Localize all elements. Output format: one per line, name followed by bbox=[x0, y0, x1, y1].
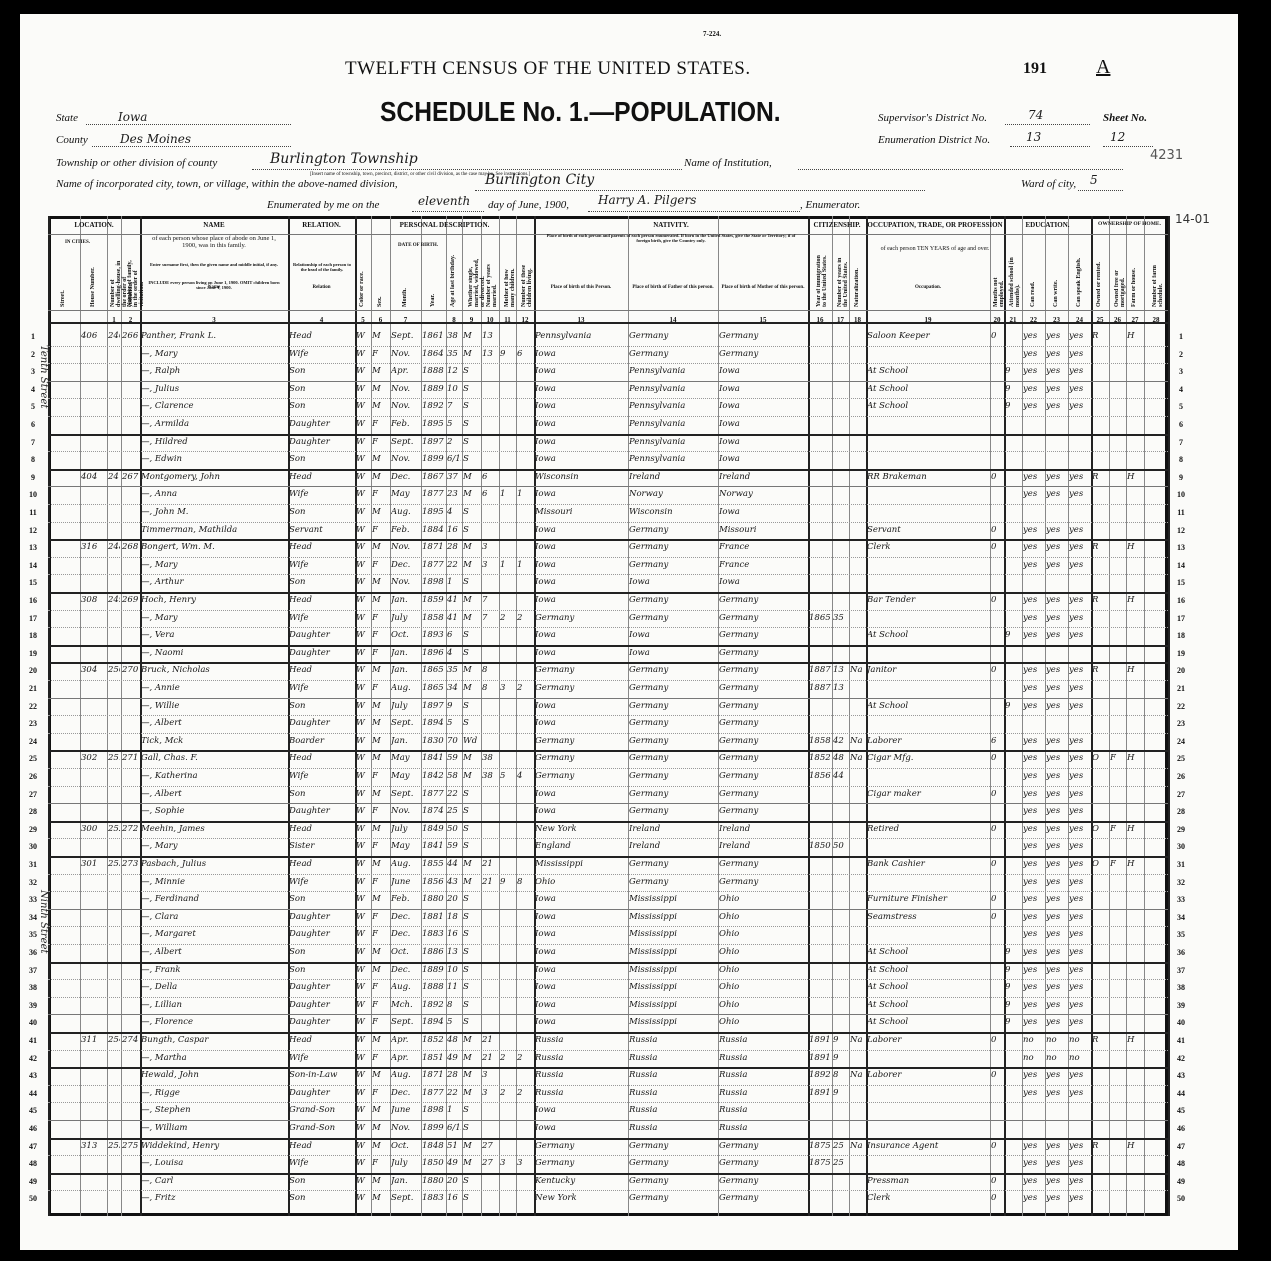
table-cell-read: yes bbox=[1023, 912, 1044, 922]
table-cell-color: W bbox=[356, 1035, 370, 1045]
table-cell-school: 9 bbox=[1005, 384, 1021, 394]
table-cell-marital: M bbox=[463, 331, 480, 341]
table-cell-father: Pennsylvania bbox=[629, 419, 717, 429]
line-number: 17 bbox=[26, 614, 40, 623]
table-cell-name: —, Vera bbox=[141, 630, 287, 640]
county-label: County bbox=[56, 134, 88, 146]
table-cell-birth: Iowa bbox=[535, 384, 627, 394]
table-cell-marital: S bbox=[463, 1105, 480, 1115]
table-cell-birth: Iowa bbox=[535, 454, 627, 464]
line-number: 40 bbox=[1174, 1018, 1188, 1027]
table-cell-marital: S bbox=[463, 1000, 480, 1010]
column-label: Number of family, in the order of visita… bbox=[127, 255, 135, 307]
table-cell-age: 20 bbox=[447, 894, 461, 904]
table-cell-unemployed: 0 bbox=[991, 859, 1003, 869]
table-cell-sex: M bbox=[372, 701, 389, 711]
table-cell-natz: Na bbox=[850, 1035, 865, 1045]
table-cell-age: 49 bbox=[447, 1158, 461, 1168]
table-cell-owned: R bbox=[1092, 472, 1108, 482]
table-cell-english: yes bbox=[1069, 1158, 1090, 1168]
table-cell-age: 2 bbox=[447, 437, 461, 447]
table-cell-read: yes bbox=[1023, 472, 1044, 482]
table-cell-read: yes bbox=[1023, 806, 1044, 816]
enumeration-value: 13 bbox=[1026, 130, 1041, 144]
table-cell-marital: S bbox=[463, 525, 480, 535]
table-cell-age: 28 bbox=[447, 1070, 461, 1080]
table-cell-mortgage: F bbox=[1110, 859, 1125, 869]
row-divider bbox=[48, 786, 1168, 787]
table-cell-mother: Germany bbox=[719, 349, 807, 359]
table-cell-name: Hewald, John bbox=[141, 1070, 287, 1080]
table-cell-name: —, Edwin bbox=[141, 454, 287, 464]
table-cell-color: W bbox=[356, 789, 370, 799]
table-cell-year: 1871 bbox=[422, 542, 445, 552]
line-number: 38 bbox=[26, 983, 40, 992]
table-cell-sex: F bbox=[372, 1053, 389, 1063]
table-cell-age: 5 bbox=[447, 1017, 461, 1027]
table-cell-father: Mississippi bbox=[629, 982, 717, 992]
table-cell-color: W bbox=[356, 1193, 370, 1203]
table-cell-sex: M bbox=[372, 384, 389, 394]
table-cell-mother: Ohio bbox=[719, 929, 807, 939]
table-cell-month: Nov. bbox=[391, 1123, 420, 1133]
table-cell-write: yes bbox=[1046, 771, 1067, 781]
table-cell-month: Aug. bbox=[391, 683, 420, 693]
table-cell-month: Sept. bbox=[391, 1193, 420, 1203]
table-cell-name: —, Naomi bbox=[141, 648, 287, 658]
column-number: 27 bbox=[1126, 316, 1144, 324]
table-cell-father: Germany bbox=[629, 736, 717, 746]
table-cell-family: 268 bbox=[122, 542, 139, 552]
column-label: Occupation. bbox=[866, 285, 990, 290]
table-cell-year: 1877 bbox=[422, 489, 445, 499]
table-cell-yrs-us: 25 bbox=[833, 1141, 848, 1151]
table-cell-father: Mississippi bbox=[629, 912, 717, 922]
line-number: 29 bbox=[1174, 825, 1188, 834]
table-cell-sex: F bbox=[372, 912, 389, 922]
table-cell-year: 1894 bbox=[422, 1017, 445, 1027]
line-number: 43 bbox=[1174, 1071, 1188, 1080]
table-cell-read: yes bbox=[1023, 1088, 1044, 1098]
column-number: 5 bbox=[355, 316, 371, 324]
row-divider bbox=[48, 610, 1168, 611]
table-cell-write: yes bbox=[1046, 1176, 1067, 1186]
line-number: 5 bbox=[1174, 402, 1188, 411]
column-label: Sex. bbox=[377, 255, 385, 307]
table-cell-relation: Daughter bbox=[289, 419, 354, 429]
table-cell-color: W bbox=[356, 542, 370, 552]
table-cell-marital: S bbox=[463, 1123, 480, 1133]
row-divider bbox=[48, 1102, 1168, 1103]
table-cell-english: yes bbox=[1069, 841, 1090, 851]
date-of-birth-header: DATE OF BIRTH. bbox=[390, 243, 446, 248]
table-cell-age: 44 bbox=[447, 859, 461, 869]
line-number: 39 bbox=[26, 1001, 40, 1010]
table-cell-birth: Germany bbox=[535, 736, 627, 746]
table-cell-age: 13 bbox=[447, 947, 461, 957]
row-divider bbox=[48, 1120, 1168, 1121]
table-cell-dwelling: 254 bbox=[108, 1035, 120, 1045]
table-cell-yrs-married: 27 bbox=[482, 1141, 498, 1151]
table-cell-name: —, Mary bbox=[141, 349, 287, 359]
line-number: 12 bbox=[26, 526, 40, 535]
table-cell-birth: Kentucky bbox=[535, 1176, 627, 1186]
table-cell-sex: F bbox=[372, 877, 389, 887]
row-divider bbox=[48, 346, 1168, 347]
table-cell-month: Aug. bbox=[391, 1070, 420, 1080]
table-cell-read: yes bbox=[1023, 789, 1044, 799]
table-cell-school: 9 bbox=[1005, 965, 1021, 975]
table-cell-read: yes bbox=[1023, 525, 1044, 535]
table-cell-relation: Wife bbox=[289, 771, 354, 781]
table-cell-mother: Germany bbox=[719, 683, 807, 693]
table-cell-sex: F bbox=[372, 806, 389, 816]
table-cell-father: Germany bbox=[629, 1158, 717, 1168]
table-cell-marital: M bbox=[463, 753, 480, 763]
enumerated-suffix: day of June, 1900, bbox=[488, 199, 569, 211]
table-cell-immig: 1875 bbox=[809, 1141, 831, 1151]
table-cell-marital: S bbox=[463, 1176, 480, 1186]
table-cell-marital: M bbox=[463, 1053, 480, 1063]
table-cell-sex: M bbox=[372, 1141, 389, 1151]
table-cell-month: Dec. bbox=[391, 1088, 420, 1098]
table-cell-age: 35 bbox=[447, 349, 461, 359]
table-cell-age: 4 bbox=[447, 507, 461, 517]
table-cell-sex: M bbox=[372, 859, 389, 869]
table-cell-age: 43 bbox=[447, 877, 461, 887]
table-cell-write: yes bbox=[1046, 1017, 1067, 1027]
table-cell-marital: S bbox=[463, 718, 480, 728]
table-cell-name: —, Anna bbox=[141, 489, 287, 499]
table-cell-write: yes bbox=[1046, 560, 1067, 570]
table-cell-unemployed: 6 bbox=[991, 736, 1003, 746]
table-cell-relation: Head bbox=[289, 595, 354, 605]
table-cell-house: 313 bbox=[81, 1141, 106, 1151]
nativity-header: NATIVITY. bbox=[534, 221, 808, 229]
line-number: 11 bbox=[1174, 508, 1188, 517]
table-cell-name: —, Armilda bbox=[141, 419, 287, 429]
table-cell-marital: S bbox=[463, 965, 480, 975]
table-cell-age: 70 bbox=[447, 736, 461, 746]
table-cell-name: —, Frank bbox=[141, 965, 287, 975]
line-number: 6 bbox=[1174, 420, 1188, 429]
table-cell-birth: Russia bbox=[535, 1070, 627, 1080]
table-cell-year: 1850 bbox=[422, 1158, 445, 1168]
table-cell-unemployed: 0 bbox=[991, 789, 1003, 799]
table-cell-sex: M bbox=[372, 472, 389, 482]
table-cell-name: —, Carl bbox=[141, 1176, 287, 1186]
table-cell-mother: Russia bbox=[719, 1123, 807, 1133]
table-cell-month: July bbox=[391, 824, 420, 834]
table-cell-write: yes bbox=[1046, 1158, 1067, 1168]
column-number: 18 bbox=[849, 316, 866, 324]
table-cell-write: yes bbox=[1046, 366, 1067, 376]
line-number: 16 bbox=[26, 596, 40, 605]
table-cell-relation: Daughter bbox=[289, 806, 354, 816]
table-cell-mother: Ireland bbox=[719, 824, 807, 834]
table-cell-living: 1 bbox=[517, 560, 533, 570]
table-cell-year: 1899 bbox=[422, 1123, 445, 1133]
margin-note-ref: 4231 bbox=[1150, 148, 1183, 163]
table-cell-father: Iowa bbox=[629, 630, 717, 640]
table-cell-birth: Iowa bbox=[535, 595, 627, 605]
column-number: 3 bbox=[140, 316, 288, 324]
table-cell-age: 10 bbox=[447, 965, 461, 975]
table-cell-sex: F bbox=[372, 437, 389, 447]
table-cell-mother: Germany bbox=[719, 595, 807, 605]
table-cell-relation: Daughter bbox=[289, 929, 354, 939]
table-cell-father: Pennsylvania bbox=[629, 384, 717, 394]
table-cell-sex: F bbox=[372, 489, 389, 499]
table-cell-house: 300 bbox=[81, 824, 106, 834]
table-cell-birth: England bbox=[535, 841, 627, 851]
table-cell-mother: Iowa bbox=[719, 366, 807, 376]
table-cell-year: 1858 bbox=[422, 613, 445, 623]
table-cell-read: yes bbox=[1023, 736, 1044, 746]
table-cell-marital: Wd bbox=[463, 736, 480, 746]
table-cell-mother: Germany bbox=[719, 613, 807, 623]
occupation-header: OCCUPATION, TRADE, OR PROFESSION bbox=[866, 221, 1004, 229]
table-cell-color: W bbox=[356, 401, 370, 411]
table-cell-month: May bbox=[391, 753, 420, 763]
table-cell-name: Pasbach, Julius bbox=[141, 859, 287, 869]
table-cell-age: 41 bbox=[447, 613, 461, 623]
line-number: 7 bbox=[1174, 438, 1188, 447]
table-cell-age: 11 bbox=[447, 982, 461, 992]
table-cell-write: yes bbox=[1046, 1141, 1067, 1151]
table-cell-yrs-married: 6 bbox=[482, 489, 498, 499]
table-cell-name: —, John M. bbox=[141, 507, 287, 517]
table-cell-mother: Germany bbox=[719, 1158, 807, 1168]
line-number: 28 bbox=[26, 807, 40, 816]
table-cell-mother-of: 2 bbox=[500, 613, 515, 623]
enumerator-label: , Enumerator. bbox=[800, 199, 860, 211]
table-cell-relation: Son bbox=[289, 454, 354, 464]
table-cell-marital: S bbox=[463, 789, 480, 799]
table-cell-birth: Iowa bbox=[535, 401, 627, 411]
table-cell-english: yes bbox=[1069, 894, 1090, 904]
table-cell-write: yes bbox=[1046, 929, 1067, 939]
line-number: 25 bbox=[26, 754, 40, 763]
table-cell-marital: S bbox=[463, 929, 480, 939]
table-cell-father: Russia bbox=[629, 1053, 717, 1063]
table-cell-sex: M bbox=[372, 665, 389, 675]
line-number: 41 bbox=[1174, 1036, 1188, 1045]
table-cell-yrs-married: 21 bbox=[482, 877, 498, 887]
column-label: Name bbox=[140, 285, 288, 290]
table-cell-english: yes bbox=[1069, 331, 1090, 341]
line-number: 13 bbox=[26, 543, 40, 552]
table-cell-color: W bbox=[356, 877, 370, 887]
table-cell-mother: Russia bbox=[719, 1088, 807, 1098]
table-cell-occupation: RR Brakeman bbox=[867, 472, 989, 482]
table-cell-farm: H bbox=[1127, 1141, 1143, 1151]
column-number: 6 bbox=[371, 316, 390, 324]
table-cell-birth: Ohio bbox=[535, 877, 627, 887]
table-cell-father: Russia bbox=[629, 1035, 717, 1045]
column-label: Number of years married. bbox=[486, 255, 494, 307]
column-label: Place of birth of Father of this person. bbox=[628, 285, 718, 290]
table-cell-month: Nov. bbox=[391, 384, 420, 394]
table-cell-birth: Mississippi bbox=[535, 859, 627, 869]
table-cell-father: Ireland bbox=[629, 841, 717, 851]
column-number: 28 bbox=[1144, 316, 1168, 324]
table-cell-marital: S bbox=[463, 366, 480, 376]
table-cell-month: July bbox=[391, 613, 420, 623]
table-cell-name: Widdekind, Henry bbox=[141, 1141, 287, 1151]
table-cell-relation: Wife bbox=[289, 613, 354, 623]
table-cell-mother: Germany bbox=[719, 736, 807, 746]
table-cell-relation: Daughter bbox=[289, 1017, 354, 1027]
table-cell-immig: 1892 bbox=[809, 1070, 831, 1080]
table-cell-english: yes bbox=[1069, 1000, 1090, 1010]
table-cell-sex: M bbox=[372, 789, 389, 799]
table-cell-age: 59 bbox=[447, 841, 461, 851]
table-cell-age: 48 bbox=[447, 1035, 461, 1045]
column-number: 17 bbox=[832, 316, 849, 324]
table-cell-father: Ireland bbox=[629, 472, 717, 482]
table-cell-mother: Russia bbox=[719, 1105, 807, 1115]
table-cell-occupation: At School bbox=[867, 401, 989, 411]
table-cell-read: yes bbox=[1023, 701, 1044, 711]
table-cell-age: 6/12 bbox=[447, 1123, 461, 1133]
table-cell-father: Germany bbox=[629, 701, 717, 711]
table-cell-mother-of: 2 bbox=[500, 1053, 515, 1063]
table-cell-family: 275 bbox=[122, 1141, 139, 1151]
table-cell-birth: Germany bbox=[535, 613, 627, 623]
table-cell-year: 1865 bbox=[422, 683, 445, 693]
table-cell-yrs-married: 21 bbox=[482, 1035, 498, 1045]
line-number: 15 bbox=[26, 578, 40, 587]
table-cell-age: 50 bbox=[447, 824, 461, 834]
line-number: 30 bbox=[1174, 842, 1188, 851]
table-cell-father: Germany bbox=[629, 349, 717, 359]
table-cell-mother-of: 3 bbox=[500, 1158, 515, 1168]
table-cell-age: 9 bbox=[447, 701, 461, 711]
table-cell-occupation: Laborer bbox=[867, 736, 989, 746]
line-number: 44 bbox=[1174, 1089, 1188, 1098]
table-cell-color: W bbox=[356, 947, 370, 957]
table-cell-yrs-us: 48 bbox=[833, 753, 848, 763]
table-cell-birth: Germany bbox=[535, 753, 627, 763]
table-cell-year: 1855 bbox=[422, 859, 445, 869]
table-cell-school: 9 bbox=[1005, 630, 1021, 640]
table-cell-write: yes bbox=[1046, 947, 1067, 957]
row-divider bbox=[48, 733, 1168, 734]
table-cell-sex: M bbox=[372, 1070, 389, 1080]
table-cell-marital: S bbox=[463, 507, 480, 517]
table-cell-farm: H bbox=[1127, 859, 1143, 869]
column-number: 20 bbox=[990, 316, 1004, 324]
table-cell-month: June bbox=[391, 877, 420, 887]
table-cell-birth: Iowa bbox=[535, 1017, 627, 1027]
table-cell-age: 58 bbox=[447, 771, 461, 781]
name-description: of each person whose place of abode on J… bbox=[146, 235, 282, 249]
table-cell-marital: S bbox=[463, 894, 480, 904]
table-cell-english: yes bbox=[1069, 349, 1090, 359]
table-cell-year: 1867 bbox=[422, 472, 445, 482]
table-cell-age: 25 bbox=[447, 806, 461, 816]
table-cell-occupation: Furniture Finisher bbox=[867, 894, 989, 904]
table-cell-occupation: Laborer bbox=[867, 1035, 989, 1045]
occupation-description: of each person TEN YEARS of age and over… bbox=[870, 246, 1000, 252]
table-cell-mother: Ireland bbox=[719, 472, 807, 482]
table-cell-yrs-married: 13 bbox=[482, 349, 498, 359]
table-cell-owned: R bbox=[1092, 1035, 1108, 1045]
table-cell-school: 9 bbox=[1005, 401, 1021, 411]
table-cell-age: 37 bbox=[447, 472, 461, 482]
table-cell-marital: M bbox=[463, 1070, 480, 1080]
table-cell-relation: Head bbox=[289, 1035, 354, 1045]
table-cell-color: W bbox=[356, 929, 370, 939]
table-cell-write: yes bbox=[1046, 1088, 1067, 1098]
column-label: Farm or house. bbox=[1131, 255, 1139, 307]
table-cell-write: yes bbox=[1046, 736, 1067, 746]
table-cell-age: 12 bbox=[447, 366, 461, 376]
table-cell-write: yes bbox=[1046, 841, 1067, 851]
table-cell-read: yes bbox=[1023, 1176, 1044, 1186]
table-cell-month: Sept. bbox=[391, 331, 420, 341]
name-header: NAME bbox=[140, 221, 288, 229]
row-divider bbox=[48, 363, 1168, 364]
table-cell-read: yes bbox=[1023, 894, 1044, 904]
row-divider bbox=[48, 750, 1168, 752]
column-label: Month. bbox=[402, 255, 410, 307]
table-cell-sex: F bbox=[372, 1000, 389, 1010]
row-divider bbox=[48, 856, 1168, 858]
table-cell-name: —, Mary bbox=[141, 841, 287, 851]
table-cell-occupation: At School bbox=[867, 947, 989, 957]
table-cell-color: W bbox=[356, 841, 370, 851]
enumerated-prefix: Enumerated by me on the bbox=[267, 199, 379, 211]
table-cell-occupation: Clerk bbox=[867, 1193, 989, 1203]
table-cell-relation: Son bbox=[289, 507, 354, 517]
row-divider bbox=[48, 451, 1168, 452]
table-cell-unemployed: 0 bbox=[991, 894, 1003, 904]
table-cell-family: 273 bbox=[122, 859, 139, 869]
table-cell-read: yes bbox=[1023, 1070, 1044, 1080]
column-number: 19 bbox=[866, 316, 990, 324]
column-label: Place of birth of this Person. bbox=[534, 285, 628, 290]
city-label: Name of incorporated city, town, or vill… bbox=[56, 178, 398, 190]
row-divider bbox=[48, 768, 1168, 769]
table-cell-birth: Wisconsin bbox=[535, 472, 627, 482]
line-number: 11 bbox=[26, 508, 40, 517]
table-cell-dwelling: 250 bbox=[108, 665, 120, 675]
table-cell-write: yes bbox=[1046, 701, 1067, 711]
row-divider bbox=[48, 486, 1168, 487]
table-cell-month: Sept. bbox=[391, 789, 420, 799]
line-number: 25 bbox=[1174, 754, 1188, 763]
table-cell-sex: M bbox=[372, 507, 389, 517]
line-number: 48 bbox=[26, 1159, 40, 1168]
table-cell-farm: H bbox=[1127, 331, 1143, 341]
table-cell-yrs-us: 9 bbox=[833, 1035, 848, 1045]
table-cell-mother: Germany bbox=[719, 771, 807, 781]
table-cell-mother: Germany bbox=[719, 701, 807, 711]
line-number: 4 bbox=[1174, 385, 1188, 394]
table-cell-read: yes bbox=[1023, 771, 1044, 781]
table-cell-occupation: Saloon Keeper bbox=[867, 331, 989, 341]
table-cell-immig: 1887 bbox=[809, 683, 831, 693]
state-field-line bbox=[86, 110, 291, 125]
table-cell-mother: Ohio bbox=[719, 947, 807, 957]
table-cell-father: Pennsylvania bbox=[629, 437, 717, 447]
table-cell-name: —, Florence bbox=[141, 1017, 287, 1027]
table-cell-mother: Germany bbox=[719, 331, 807, 341]
table-cell-relation: Head bbox=[289, 753, 354, 763]
table-cell-mother-of: 2 bbox=[500, 1088, 515, 1098]
